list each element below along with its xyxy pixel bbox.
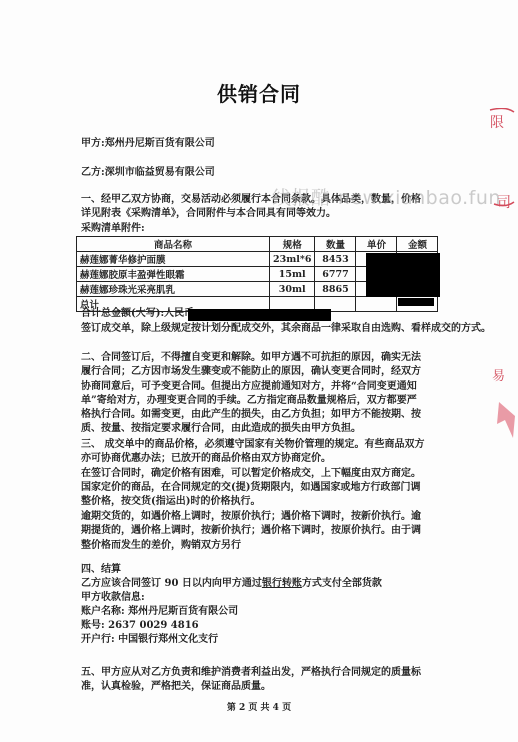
clause-3-para-2: 在签订合同时，确定价格有困难，可以暂定价格成交，上下幅度由双方商定。 <box>81 467 421 481</box>
party-b: 乙方:深圳市临益贸易有限公司 <box>81 166 215 180</box>
item-name: 赫莲娜珍珠光采亮肌乳 <box>77 282 270 297</box>
table-header-row: 商品名称 规格 数量 单价 金额 <box>77 237 438 252</box>
item-qty: 6777 <box>315 267 356 282</box>
col-header-qty: 数量 <box>315 237 356 252</box>
payment-suffix: 方式支付全部货款 <box>302 578 382 589</box>
item-spec: 30ml <box>270 282 315 297</box>
clause-2: 二、合同签订后，不得擅自变更和解除。如甲方遇不可抗拒的原因，确实无法履行合同；乙… <box>81 351 426 437</box>
col-header-price: 单价 <box>356 237 397 252</box>
seal-border-icon <box>486 108 516 208</box>
seal-star-icon <box>495 400 517 440</box>
redacted-total-words <box>188 309 331 321</box>
signing-note: 签订成交单，除上级规定按计划分配成交外，其余商品一律采取自由选购、看样成交的方式… <box>81 322 491 336</box>
watermark: 线报酷-new.xianbao.fun <box>272 183 501 210</box>
payment-method: 银行转账 <box>262 578 302 589</box>
redacted-prices <box>366 253 440 297</box>
payment-prefix: 乙方应该合同签订 90 日以内向甲方通过 <box>81 578 262 589</box>
redacted-total <box>398 298 434 306</box>
account-name: 账户名称: 郑州丹尼斯百货有限公司 <box>81 605 238 619</box>
party-a: 甲方:郑州丹尼斯百货有限公司 <box>81 137 215 151</box>
receiver-label: 甲方收款信息: <box>81 591 145 605</box>
item-name: 赫莲娜菁华修护面膜 <box>77 252 270 267</box>
item-qty: 8453 <box>315 252 356 267</box>
clause-3-para-1: 三、 成交单中的商品价格，必须遵守国家有关物价管理的规定。有些商品双方亦可协商优… <box>81 438 426 467</box>
page-number: 第 2 页 共 4 页 <box>0 700 518 713</box>
item-qty: 8865 <box>315 282 356 297</box>
col-header-name: 商品名称 <box>77 237 270 252</box>
col-header-spec: 规格 <box>270 237 315 252</box>
total-amount-label: 合计总金额(大写):人民币: <box>81 307 198 321</box>
payment-terms: 乙方应该合同签订 90 日以内向甲方通过银行转账方式支付全部货款 <box>81 577 382 591</box>
col-header-amount: 金额 <box>397 237 438 252</box>
attachment-label: 采购清单附件: <box>81 222 145 236</box>
clause-3-para-3: 国家定价的商品，在合同规定的交(提)货期限内，如遇国家或地方行政部门调整价格，按… <box>81 481 426 510</box>
clause-4-heading: 四、结算 <box>81 563 121 577</box>
account-number: 账号: 2637 0029 4816 <box>81 619 199 633</box>
clause-3-para-4: 逾期交货的，如遇价格上调时，按原价执行；遇价格下调时，按新价执行。逾期提货的，遇… <box>81 510 426 553</box>
document-title: 供销合同 <box>0 78 518 107</box>
clause-5: 五、甲方应从对乙方负责和维护消费者利益出发，严格执行合同规定的质量标准，认真检验… <box>81 666 426 695</box>
item-spec: 23ml*6 <box>270 252 315 267</box>
seal-fragment-3: 易 <box>492 365 505 384</box>
bank-name: 开户行: 中国银行郑州文化支行 <box>81 633 218 647</box>
contract-page: 供销合同 甲方:郑州丹尼斯百货有限公司 乙方:深圳市临益贸易有限公司 一、经甲乙… <box>0 0 518 742</box>
item-spec: 15ml <box>270 267 315 282</box>
item-name: 赫莲娜胶原丰盈弹性眼霜 <box>77 267 270 282</box>
